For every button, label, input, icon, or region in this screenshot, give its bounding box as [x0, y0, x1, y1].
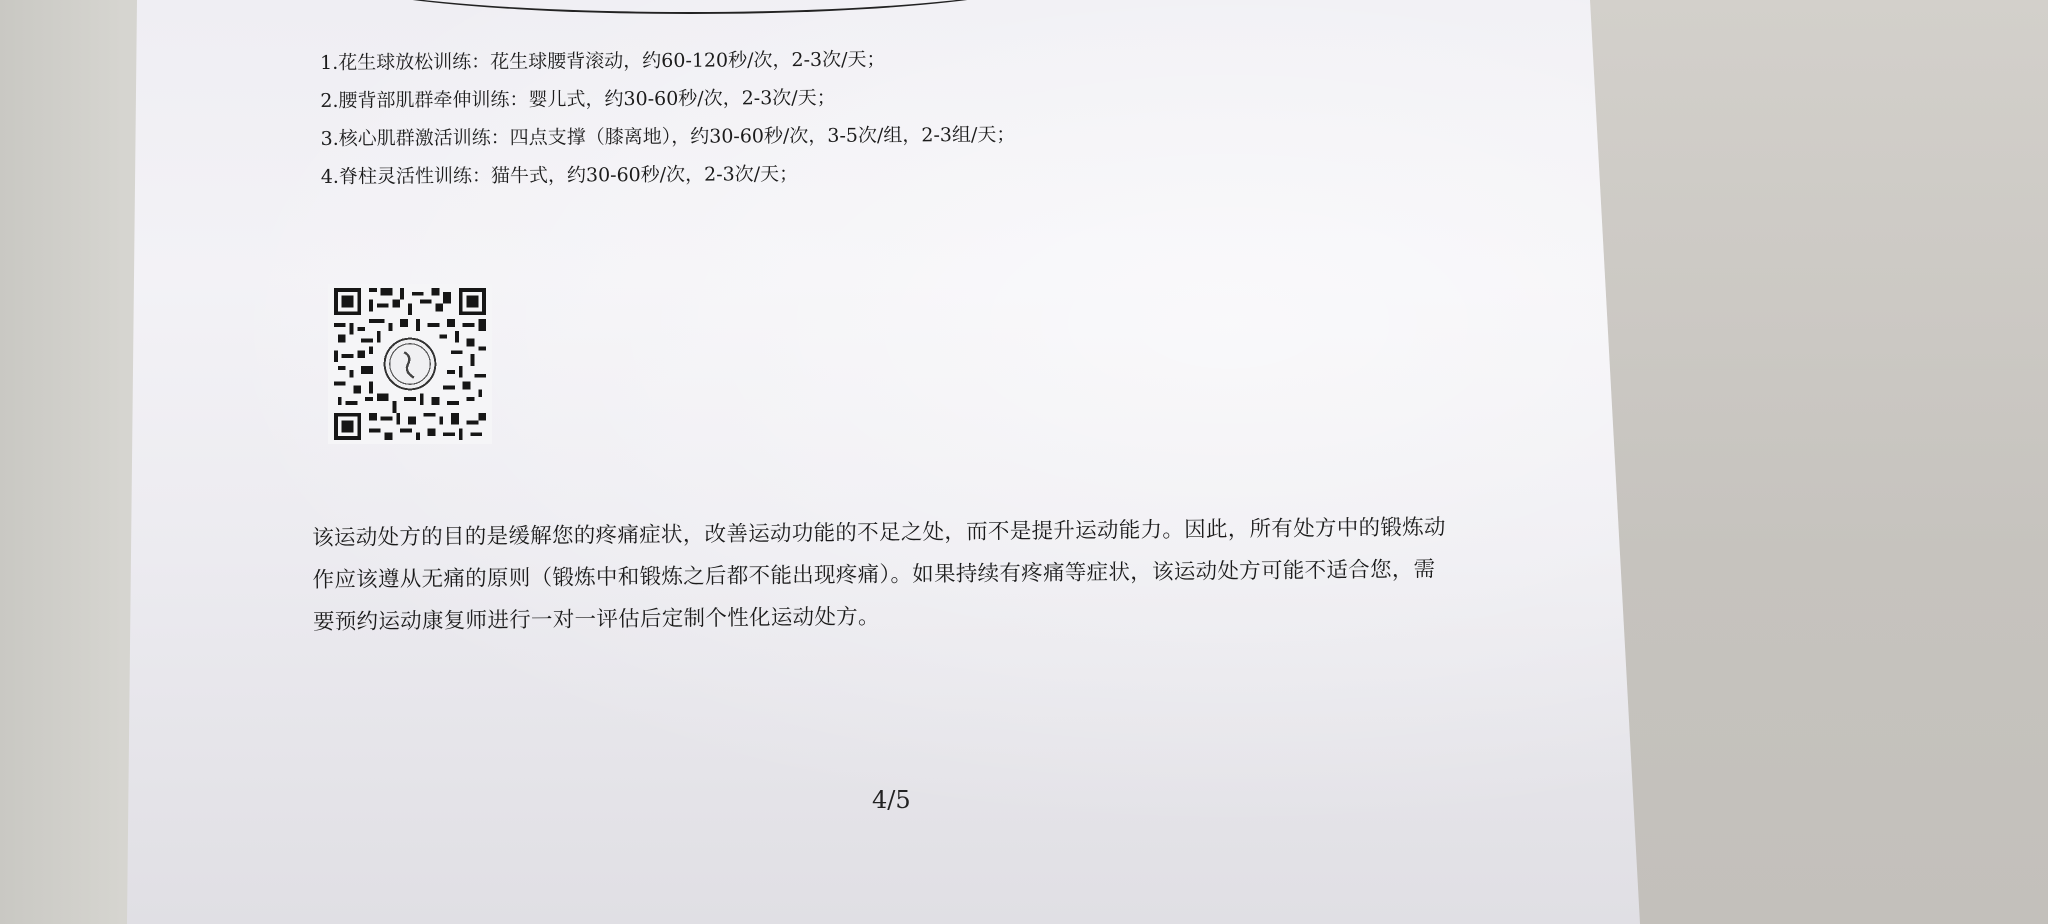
- list-item: 3.核心肌群激活训练：四点支撑（膝离地），约30-60秒/次，3-5次/组，2-…: [320, 115, 1220, 158]
- exercise-list: 1.花生球放松训练：花生球腰背滚动，约60-120秒/次，2-3次/天； 2.腰…: [320, 39, 1221, 196]
- list-item-number: 3.: [321, 128, 339, 150]
- list-item-text: 脊柱灵活性训练：猫牛式，约30-60秒/次，2-3次/天；: [339, 163, 798, 188]
- list-item-text: 核心肌群激活训练：四点支撑（膝离地），约30-60秒/次，3-5次/组，2-3组…: [339, 124, 1016, 150]
- list-item-text: 腰背部肌群牵伸训练：婴儿式，约30-60秒/次，2-3次/天；: [338, 87, 835, 112]
- list-item: 1.花生球放松训练：花生球腰背滚动，约60-120秒/次，2-3次/天；: [320, 39, 1220, 82]
- notice-paragraph: 该运动处方的目的是缓解您的疼痛症状，改善运动功能的不足之处，而不是提升运动能力。…: [312, 507, 1483, 644]
- list-item: 4.脊柱灵活性训练：猫牛式，约30-60秒/次，2-3次/天；: [321, 153, 1221, 196]
- qr-code-icon[interactable]: [328, 284, 492, 444]
- list-item: 2.腰背部肌群牵伸训练：婴儿式，约30-60秒/次，2-3次/天；: [320, 77, 1220, 120]
- list-item-number: 2.: [320, 90, 338, 112]
- qr-code-graphic: [328, 284, 492, 444]
- list-item-number: 1.: [320, 52, 338, 74]
- list-item-number: 4.: [321, 166, 339, 188]
- page-number: 4/5: [872, 786, 911, 814]
- desk-surface: [1580, 0, 2048, 924]
- list-item-text: 花生球放松训练：花生球腰背滚动，约60-120秒/次，2-3次/天；: [338, 49, 885, 74]
